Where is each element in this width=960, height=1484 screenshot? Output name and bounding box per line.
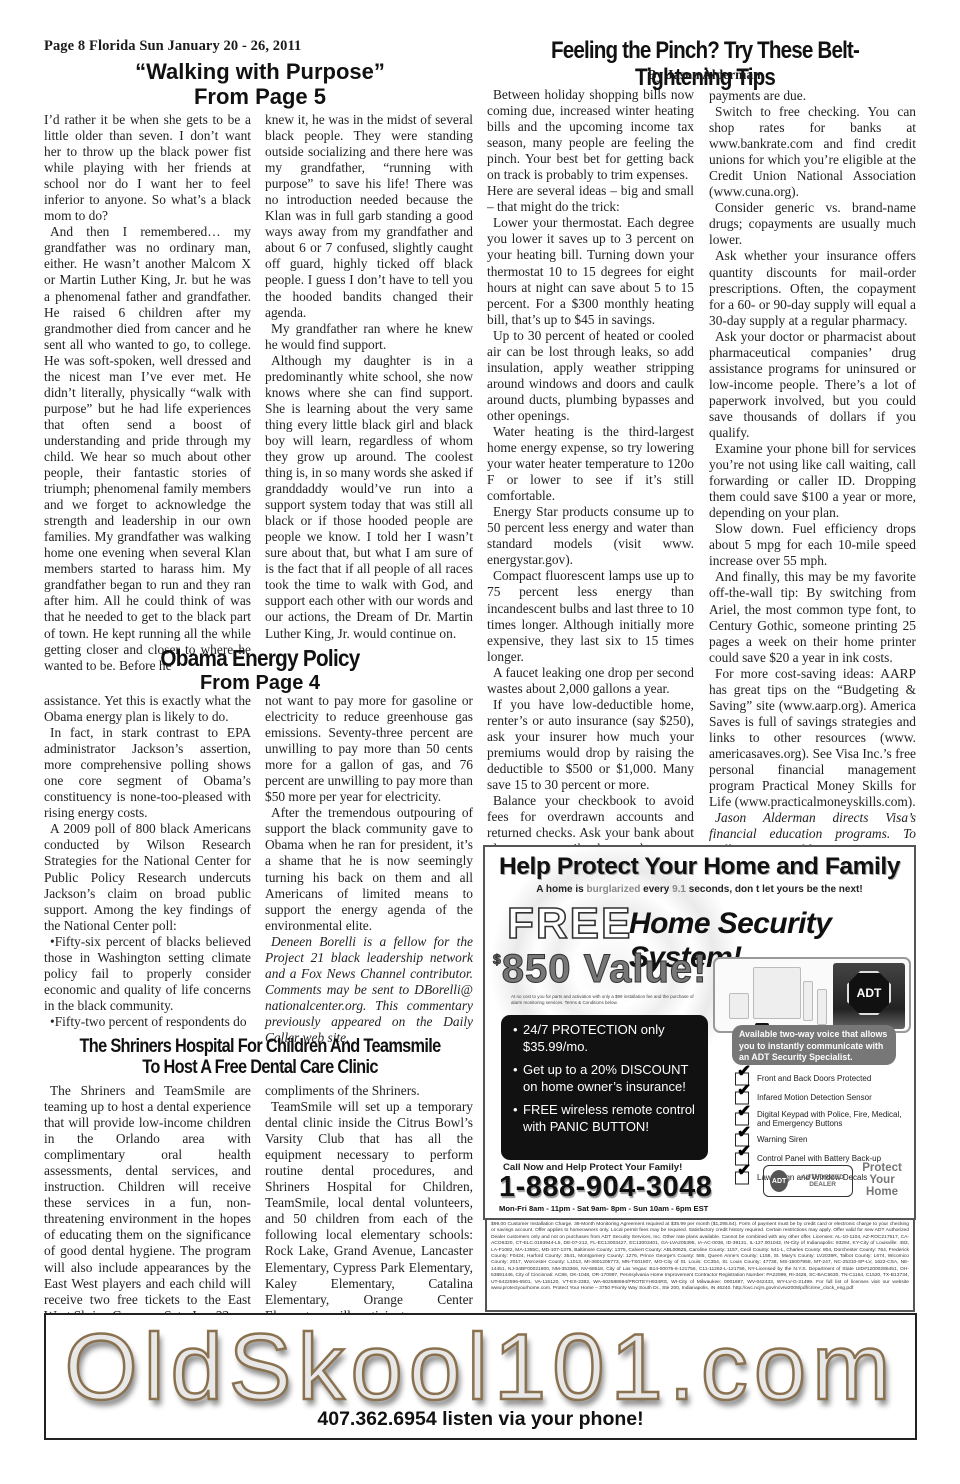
- ad-feature-label: Warning Siren: [757, 1135, 807, 1145]
- walking-column-2: knew it, he was in the midst of several …: [265, 112, 473, 642]
- pinch-paragraph: Ask your doctor or pharmacist about phar…: [709, 329, 916, 441]
- adt-advertisement[interactable]: Help Protect Your Home and Family A home…: [483, 845, 916, 1220]
- obama-headline-title: Obama Energy Policy: [66, 646, 455, 672]
- shriners-paragraph: TeamSmile will set up a temporary dental…: [265, 1099, 473, 1324]
- adt-logo-icon: ADT: [770, 1170, 788, 1192]
- obama-author-bio: Deneen Borelli is a fellow for the Proje…: [265, 934, 473, 1046]
- ad-offer-list: 24/7 PROTECTION only $35.99/mo. Get up t…: [501, 1015, 708, 1160]
- pinch-paragraph: Examine your phone bill for services you…: [709, 441, 916, 521]
- ad-value-fineprint: At no cost to you for parts and activati…: [511, 994, 701, 1005]
- adt-logo-icon: ADT: [847, 971, 891, 1015]
- walking-paragraph: I’d rather it be when she gets to be a l…: [44, 112, 251, 224]
- shriners-headline-line-1: The Shriners Hospital For Children And T…: [74, 1036, 446, 1057]
- pinch-paragraph: Compact fluorescent lamps use up to 75 p…: [487, 568, 694, 664]
- ad-value-text: 850 Value!: [502, 947, 708, 991]
- walking-paragraph: My grandfather ran where he knew he woul…: [265, 321, 473, 353]
- pinch-paragraph: Water heating is the third-largest home …: [487, 424, 694, 504]
- ad-subtitle-text: every: [640, 884, 672, 895]
- ad-offer-item: FREE wireless remote control with PANIC …: [513, 1101, 702, 1135]
- ad-subtitle-text: seconds, don t let yours be the next!: [686, 884, 863, 895]
- obama-paragraph: •Fifty-two percent of respondents do: [44, 1014, 251, 1030]
- ad-feature-item: ✔Warning Siren: [735, 1131, 915, 1149]
- ad-offer-item: 24/7 PROTECTION only $35.99/mo.: [513, 1021, 702, 1055]
- walking-headline-continued: From Page 5: [44, 85, 476, 110]
- oldskool-logo[interactable]: OldSkool101.com: [46, 1317, 915, 1417]
- walking-paragraph: Although my daughter is in a predominant…: [265, 353, 473, 642]
- adt-yard-sign: ADT: [833, 963, 905, 1029]
- pinch-paragraph: Between holiday shopping bills now comin…: [487, 87, 694, 183]
- pinch-paragraph: If you have low-deductible home, renter’…: [487, 697, 694, 793]
- pinch-paragraph: Consider generic vs. brand-name drugs; c…: [709, 200, 916, 248]
- ad-product-photo: ADT: [713, 957, 911, 1033]
- shriners-paragraph: The Shriners and TeamSmile are teaming u…: [44, 1083, 251, 1324]
- ad-subtitle-text: A home is: [536, 884, 586, 895]
- motion-sensor-icon: [729, 993, 749, 1019]
- walking-column-1: I’d rather it be when she gets to be a l…: [44, 112, 251, 674]
- obama-paragraph: not want to pay more for gasoline or ele…: [265, 693, 473, 805]
- obama-paragraph: After the tremendous outpouring of suppo…: [265, 805, 473, 933]
- page-folio: Page 8 Florida Sun January 20 - 26, 2011: [44, 38, 301, 55]
- walking-paragraph: knew it, he was in the midst of several …: [265, 112, 473, 321]
- shriners-paragraph: compliments of the Shriners.: [265, 1083, 473, 1099]
- obama-column-1: assistance. Yet this is exactly what the…: [44, 693, 251, 1030]
- walking-paragraph: And then I remembered… my grandfather wa…: [44, 224, 251, 673]
- dealer-label: AUTHORIZED DEALER: [793, 1174, 852, 1189]
- ad-phone-number[interactable]: 1-888-904-3048: [499, 1171, 712, 1204]
- ad-value-currency: $: [493, 951, 502, 967]
- pinch-paragraph: A faucet leaking one drop per second was…: [487, 665, 694, 697]
- ad-subtitle-highlight: 9.1: [672, 884, 686, 895]
- obama-paragraph: In fact, in stark contrast to EPA admini…: [44, 725, 251, 821]
- pinch-paragraph: For more cost-saving ideas: AARP has gre…: [709, 666, 916, 810]
- pinch-paragraph: Slow down. Fuel efficiency drops about 5…: [709, 521, 916, 569]
- pinch-paragraph: And finally, this may be my favorite off…: [709, 569, 916, 665]
- obama-paragraph: assistance. Yet this is exactly what the…: [44, 693, 251, 725]
- ad-subtitle: A home is burglarized every 9.1 seconds,…: [485, 884, 914, 895]
- ad-free-label: FREE: [507, 899, 632, 949]
- ad-business-hours: Mon-Fri 8am - 11pm - Sat 9am- 8pm - Sun …: [499, 1204, 708, 1213]
- ad-value: $850 Value!: [493, 947, 707, 992]
- ad-voice-note: Available two-way voice that allows you …: [732, 1025, 896, 1065]
- ad-protect-tagline: Protect Your Home: [857, 1162, 907, 1198]
- shriners-headline-line-2: To Host A Free Dental Care Clinic: [74, 1057, 446, 1078]
- obama-headline-continued: From Page 4: [44, 672, 476, 694]
- obama-paragraph: •Fifty-six percent of blacks believed th…: [44, 934, 251, 1014]
- pinch-column-2: payments are due. Switch to free checkin…: [709, 88, 916, 874]
- ad-subtitle-highlight: burglarized: [586, 884, 640, 895]
- walking-headline-title: “Walking with Purpose”: [44, 60, 476, 85]
- obama-paragraph: A 2009 poll of 800 black Americans condu…: [44, 821, 251, 933]
- pinch-paragraph: Up to 30 percent of heated or cooled air…: [487, 328, 694, 424]
- ad-title: Help Protect Your Home and Family: [485, 853, 914, 881]
- oldskool-phone-tagline: 407.362.6954 listen via your phone!: [46, 1408, 915, 1431]
- door-sensor-icon: [817, 989, 827, 1025]
- pinch-paragraph: payments are due.: [709, 88, 916, 104]
- keypad-panel-icon: [753, 967, 801, 1019]
- obama-column-2: not want to pay more for gasoline or ele…: [265, 693, 473, 1046]
- door-sensor-icon: [803, 981, 813, 1021]
- obama-headline: Obama Energy Policy From Page 4: [44, 646, 476, 694]
- ad-offer-item: Get up to a 20% DISCOUNT on home owner’s…: [513, 1061, 702, 1095]
- pinch-paragraph: Here are several ideas – big and small –…: [487, 183, 694, 215]
- walking-headline: “Walking with Purpose” From Page 5: [44, 60, 476, 109]
- ad-feature-item: ✔Digital Keypad with Police, Fire, Medic…: [735, 1108, 915, 1130]
- ad-feature-label: Infared Motion Detection Sensor: [757, 1093, 872, 1103]
- pinch-paragraph: Energy Star products consume up to 50 pe…: [487, 504, 694, 568]
- pinch-paragraph: Ask whether your insurance offers quanti…: [709, 248, 916, 328]
- ad-legal-fineprint: $99.00 Customer Installation Charge. 36-…: [485, 1220, 915, 1312]
- ad-feature-label: Front and Back Doors Protected: [757, 1074, 871, 1084]
- oldskool-banner-ad[interactable]: OldSkool101.com 407.362.6954 listen via …: [44, 1313, 917, 1440]
- ad-feature-label: Digital Keypad with Police, Fire, Medica…: [757, 1110, 915, 1129]
- ad-feature-item: ✔Infared Motion Detection Sensor: [735, 1089, 915, 1107]
- pinch-byline: By Jason Alderman: [486, 67, 922, 83]
- adt-authorized-dealer-badge: ADT AUTHORIZED DEALER: [763, 1165, 853, 1197]
- checkbox-checked-icon: ✔: [735, 1172, 749, 1185]
- shriners-column-1: The Shriners and TeamSmile are teaming u…: [44, 1083, 251, 1324]
- ad-feature-item: ✔Front and Back Doors Protected: [735, 1070, 915, 1088]
- pinch-paragraph: Switch to free checking. You can shop ra…: [709, 104, 916, 200]
- shriners-column-2: compliments of the Shriners. TeamSmile w…: [265, 1083, 473, 1324]
- pinch-paragraph: Lower your thermostat. Each degree you l…: [487, 215, 694, 327]
- pinch-column-1: Between holiday shopping bills now comin…: [487, 87, 694, 873]
- pinch-headline: Feeling the Pinch? Try These Belt-Tighte…: [503, 38, 907, 92]
- shriners-headline: The Shriners Hospital For Children And T…: [44, 1036, 476, 1079]
